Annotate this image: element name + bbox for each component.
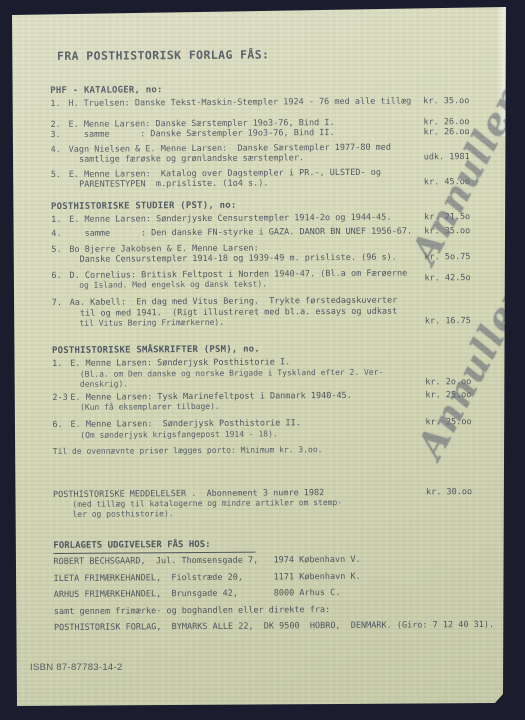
- catalog-item: 1.H. Truelsen: Danske Tekst-Maskin-Stemp…: [50, 96, 525, 110]
- item-price: kr. 42.5o: [424, 273, 470, 284]
- page-title: FRA POSTHISTORISK FORLAG FÅS:: [57, 47, 525, 63]
- distributors-heading: FORLAGETS UDGIVELSER FÅS HOS:: [53, 539, 255, 554]
- catalog-item: 3. samme : Danske Særstempler 19o3-76, B…: [50, 127, 525, 141]
- item-number: 1.: [52, 359, 62, 370]
- subscription-detail-line: ler og posthistorie).: [53, 507, 525, 520]
- item-number: 2-3: [52, 392, 67, 403]
- item-number: 6.: [51, 270, 61, 281]
- catalog-item: 7.Aa. Kabell: En dag med Vitus Bering. T…: [52, 295, 525, 329]
- item-price: kr. 26.oo: [423, 117, 469, 128]
- item-number: 7.: [52, 298, 62, 309]
- catalog-item: 6.D. Cornelius: Britisk Feltpost i Norde…: [51, 267, 525, 291]
- item-number: 2.: [50, 119, 60, 130]
- subscription-price: kr. 30.oo: [426, 487, 472, 498]
- section-heading: PHF - KATALOGER, no:: [50, 82, 525, 97]
- item-number: 6.: [53, 420, 63, 431]
- item-number: 5.: [51, 169, 61, 180]
- item-number: 1.: [50, 99, 60, 110]
- item-number: 4.: [51, 229, 61, 240]
- item-number: 5.: [51, 244, 61, 255]
- subscription-block: POSTHISTORISKE MEDDELELSER . Abonnement …: [53, 486, 525, 520]
- page-content: FRA POSTHISTORISK FORLAG FÅS: PHF - KATA…: [0, 0, 525, 637]
- photo-background: FRA POSTHISTORISK FORLAG FÅS: PHF - KATA…: [0, 0, 525, 720]
- subscription-details: (med tillæg til katalogerne og mindre ar…: [53, 497, 525, 520]
- item-number: 1.: [51, 214, 61, 225]
- catalog-page: FRA POSTHISTORISK FORLAG FÅS: PHF - KATA…: [0, 0, 525, 720]
- distributor-lines: ROBERT BECHSGAARD, Jul. Thomsensgade 7, …: [53, 551, 525, 637]
- item-price: kr. 16.75: [425, 316, 471, 327]
- item-number: 3.: [50, 130, 60, 141]
- distributor-line: POSTHISTORISK FORLAG, BYMARKS ALLE 22, D…: [54, 617, 525, 637]
- distributors-block: FORLAGETS UDGIVELSER FÅS HOS: ROBERT BEC…: [53, 537, 525, 637]
- item-number: 4.: [51, 144, 61, 155]
- item-price: kr. 35.oo: [423, 96, 469, 107]
- isbn-number: ISBN 87-87783-14-2: [30, 662, 123, 673]
- section-heading: POSTHISTORISKE SMÅSKRIFTER (PSM), no.: [52, 342, 525, 357]
